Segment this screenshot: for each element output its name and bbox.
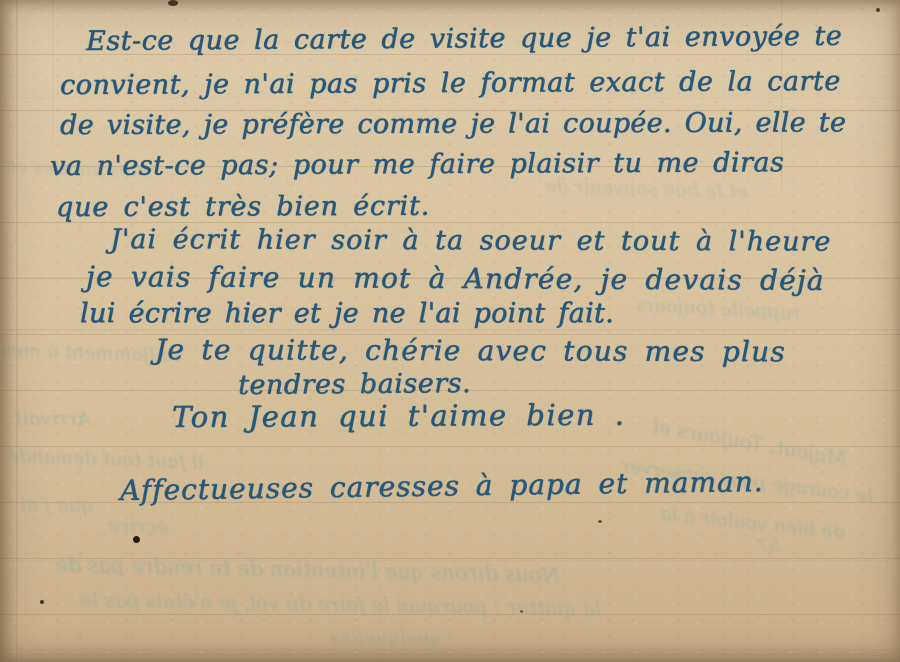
horizontal-crease-7 <box>0 560 900 563</box>
horizontal-crease-8 <box>0 649 900 652</box>
handwritten-line-3: de visite, je préfère comme je l'ai coup… <box>60 107 846 141</box>
handwritten-line-10: tendres baisers. <box>238 368 471 401</box>
handwritten-line-11: Ton Jean qui t'aime bien . <box>172 398 626 434</box>
bleedthrough-fragment-3: rappelle toujours <box>635 294 801 325</box>
letter-page: et le bon souvenir demes amitiés etrappe… <box>0 0 900 662</box>
bleedthrough-fragment-5: Arrivait <box>14 405 92 430</box>
bleedthrough-fragment-8: Majout, Toujours et <box>649 413 848 471</box>
handwritten-line-5: que c'est très bien écrit. <box>56 191 430 223</box>
ink-speck-1 <box>168 0 178 6</box>
horizontal-crease-6 <box>0 329 900 332</box>
ink-speck-4 <box>876 8 880 12</box>
handwritten-line-2: convient, je n'ai pas pris le format exa… <box>60 66 841 101</box>
bleedthrough-fragment-6: il faut tout demande <box>8 445 205 474</box>
bleedthrough-fragment-14: quelquefois <box>330 626 442 648</box>
handwritten-line-7: je vais faire un mot à Andrée, je devais… <box>86 260 825 297</box>
handwritten-line-8: lui écrire hier et je ne l'ai point fait… <box>80 298 614 329</box>
handwritten-line-9: Je te quitte, chérie avec tous mes plus <box>155 333 786 368</box>
bleedthrough-fragment-13: la quitter ; pourquoi le faire du vol, j… <box>80 587 602 620</box>
handwritten-line-4: va n'est-ce pas; pour me faire plaisir t… <box>50 147 784 182</box>
bleedthrough-fragment-12: Nous dirons que l'intention de te rendre… <box>55 553 560 588</box>
bleedthrough-fragment-1: et le bon souvenir de <box>545 175 748 202</box>
vertical-crease-1 <box>16 0 19 662</box>
bleedthrough-fragment-11: écrire <box>108 513 169 539</box>
ink-speck-5 <box>598 520 602 523</box>
bleedthrough-fragment-15: 57 <box>758 536 780 556</box>
handwritten-line-6: J'ai écrit hier soir à ta soeur et tout … <box>110 224 831 258</box>
bleedthrough-fragment-10: de bien vouloir à la <box>659 502 845 543</box>
ink-speck-3 <box>40 600 44 604</box>
handwritten-line-12: Affectueuses caresses à papa et maman. <box>120 465 764 507</box>
vertical-crease-2 <box>52 0 55 140</box>
ink-speck-6 <box>520 610 523 613</box>
ink-speck-2 <box>133 536 140 543</box>
handwritten-line-1: Est-ce que la carte de visite que je t'a… <box>86 21 842 57</box>
bleedthrough-fragment-7: que j'ai <box>20 491 94 516</box>
